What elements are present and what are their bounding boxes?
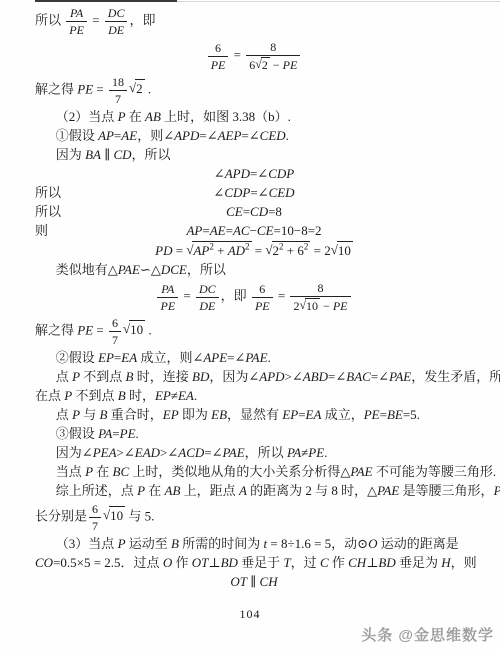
document-line: ②假设 EP=EA 成立，则∠APE=∠PAE. [35,349,473,367]
math-variable: APD [174,128,199,143]
document-line: ③假设 PA=PE. [35,425,473,443]
math-variable: PA [70,6,83,20]
math-variable: EA [178,388,194,403]
math-variable: DE [108,23,124,37]
math-variable: CH [260,574,278,589]
math-variable: CE [257,223,274,238]
math-superscript: 2 [304,242,309,252]
math-variable: PE [211,58,226,72]
math-variable: DE [199,299,215,313]
math-variable: BE [387,407,403,422]
math-variable: A [239,483,247,498]
document-line: 当点 P 在 BC 上时，类似地从角的大小关系分析得△PAE 不可能为等腰三角形… [35,463,473,481]
math-variable: PE [283,58,298,72]
math-variable: AB [165,483,181,498]
document-line: 解之得 PE = 67√10 . [35,315,473,348]
document-line: （3）当点 P 运动至 B 所需的时间为 t = 8÷1.6 = 5，动⊙O 运… [35,535,473,553]
math-variable: CH [348,555,366,570]
math-variable: PA [287,445,301,460]
equation: ∠CDP=∠CED [213,185,294,200]
math-variable: EA [121,350,137,365]
document-page: 所以 PAPE = DCDE，即6PE = 86√2 − PE解之得 PE = … [0,0,500,650]
document-line: 综上所述，点 P 在 AB 上，距点 A 的距离为 2 与 8 时，△PAE 是… [35,482,473,500]
math-variable: EAD [135,445,160,460]
document-line: PD = √AP2 + AD2 = √22 + 62 = 2√10 [35,241,473,260]
math-variable: PE [308,445,324,460]
fraction: 6PE [252,282,273,313]
fraction: 67 [89,502,101,533]
math-variable: PE [69,23,84,37]
math-variable: P [137,483,145,498]
line-label: 则 [35,222,48,240]
math-variable: EB [211,407,227,422]
math-variable: BD [221,555,238,570]
fraction: 86√2 − PE [246,40,300,72]
document-line: 所以∠CDP=∠CED [35,184,473,202]
math-superscript: 2 [245,242,250,252]
fraction: DCDE [105,6,128,37]
math-variable: AB [145,109,161,124]
math-variable: B [126,369,134,384]
math-variable: AE [210,223,226,238]
math-variable: EA [306,407,322,422]
math-variable: BAC [346,369,371,384]
fraction: 6PE [208,41,229,72]
math-variable: PAE [350,464,372,479]
square-root: √10 [103,506,125,525]
math-variable: P [72,407,80,422]
math-variable: ACD [178,445,204,460]
page-number: 104 [0,607,500,622]
math-variable: P [72,369,80,384]
math-variable: BD [192,369,209,384]
math-variable: P [64,388,72,403]
math-variable: CED [260,128,286,143]
math-variable: AP [186,223,202,238]
math-variable: PAE [389,369,411,384]
document-line: 在点 P 不到点 B 时，EP≠EA. [35,387,473,405]
document-line: （2）当点 P 在 AB 上时，如图 3.38（b）. [35,108,473,126]
document-line: 类似地有△PAE∽△DCE，所以 [35,261,473,279]
math-variable: DCE [161,262,187,277]
math-variable: T [283,555,290,570]
fraction: PAPE [157,282,178,313]
document-line: 因为∠PEA>∠EAD>∠ACD=∠PAE，所以 PA≠PE. [35,444,473,462]
math-variable: t [264,536,268,551]
math-variable: APD [259,369,284,384]
math-variable: BA [85,147,101,162]
math-variable: EP [155,388,171,403]
line-label: 所以 [35,203,61,221]
math-variable: PE [120,426,136,441]
math-variable: O [368,536,377,551]
math-variable: CD [113,147,131,162]
math-variable: AEP [218,128,242,143]
math-variable: B [118,388,126,403]
math-variable: PAE [118,262,140,277]
square-root: √10 [123,320,145,339]
document-line: 所以CE=CD=8 [35,203,473,221]
math-variable: ABD [303,369,328,384]
math-variable: CO [35,555,53,570]
math-variable: PE [77,81,93,96]
square-root: √2 [129,79,145,98]
square-root: √10 [331,241,353,260]
square-root: √AP2 + AD2 [186,241,251,260]
math-variable: AC [233,223,250,238]
fraction: 82√10 − PE [290,281,350,313]
document-line: 因为 BA ∥ CD，所以 [35,146,473,164]
document-line: 则AP=AE=AC−CE=10−8=2 [35,222,473,240]
scan-artifact-line-light [177,1,500,2]
math-variable: AP [193,243,209,258]
document-line: ∠APD=∠CDP [35,165,473,183]
document-line: CO=0.5×5 = 2.5．过点 O 作 OT⊥BD 垂足于 T，过 C 作 … [35,554,473,572]
math-variable: PAE [377,483,399,498]
fraction: 67 [109,316,121,347]
math-variable: APD [225,166,250,181]
math-variable: H [441,555,450,570]
fraction: PAPE [66,6,87,37]
line-label: 所以 [35,184,61,202]
math-variable: AP [98,128,114,143]
math-variable: PA [161,282,174,296]
math-variable: EP [282,407,298,422]
math-variable: PAE [245,350,267,365]
square-root: √2 [255,57,270,72]
math-variable: P [85,464,93,479]
math-variable: PE [160,299,175,313]
math-variable: EP [163,407,179,422]
math-variable: CDP [268,166,294,181]
document-line: 长分别是67√10 与 5. [35,501,473,534]
math-variable: CDP [224,185,250,200]
math-variable: PE [364,407,380,422]
square-root: √22 + 62 [265,241,310,260]
math-superscript: 2 [209,242,214,252]
math-superscript: 2 [279,242,284,252]
document-line: 点 P 与 B 重合时，EP 即为 EB，显然有 EP=EA 成立，PE=BE=… [35,406,473,424]
math-variable: AE [121,128,137,143]
math-variable: DC [199,282,216,296]
math-variable: PE [333,299,348,313]
math-variable: PAE [223,445,245,460]
document-line: 解之得 PE = 187√2 . [35,74,473,107]
math-variable: PE [255,299,270,313]
math-variable: P [118,536,126,551]
equation: CE=CD=8 [226,204,282,219]
math-variable: CD [250,204,268,219]
math-variable: DC [108,6,125,20]
math-variable: BD [378,555,395,570]
math-variable: APE [203,350,227,365]
watermark-text: 头条 @金思维数学 [361,624,494,645]
square-root: √10 [299,298,320,313]
math-variable: PA [98,426,112,441]
math-variable: B [171,536,179,551]
math-variable: PE [494,483,500,498]
math-variable: PD [155,243,172,258]
math-variable: PE [77,322,93,337]
fraction: DCDE [196,282,219,313]
document-line: 所以 PAPE = DCDE，即 [35,5,473,38]
math-variable: BC [113,464,130,479]
math-variable: B [100,407,108,422]
fraction: 187 [109,75,127,106]
math-variable: EP [98,350,114,365]
math-variable: OT [192,555,209,570]
math-variable: C [320,555,329,570]
document-line: PAPE = DCDE，即 6PE = 82√10 − PE [35,280,473,314]
math-variable: OT [230,574,247,589]
document-content: 所以 PAPE = DCDE，即6PE = 86√2 − PE解之得 PE = … [35,5,473,592]
equation: AP=AE=AC−CE=10−8=2 [186,223,321,238]
document-line: 点 P 不到点 B 时，连接 BD，因为∠APD>∠ABD=∠BAC=∠PAE，… [35,368,473,386]
math-variable: CED [269,185,295,200]
math-variable: P [118,109,126,124]
document-line: 6PE = 86√2 − PE [35,39,473,73]
document-line: OT ∥ CH [35,573,473,591]
math-variable: CE [226,204,243,219]
math-variable: O [163,555,172,570]
math-variable: PEA [93,445,117,460]
scan-artifact-line-dark [35,0,177,2]
document-line: ①假设 AP=AE，则∠APD=∠AEP=∠CED. [35,127,473,145]
math-variable: AD [228,243,245,258]
